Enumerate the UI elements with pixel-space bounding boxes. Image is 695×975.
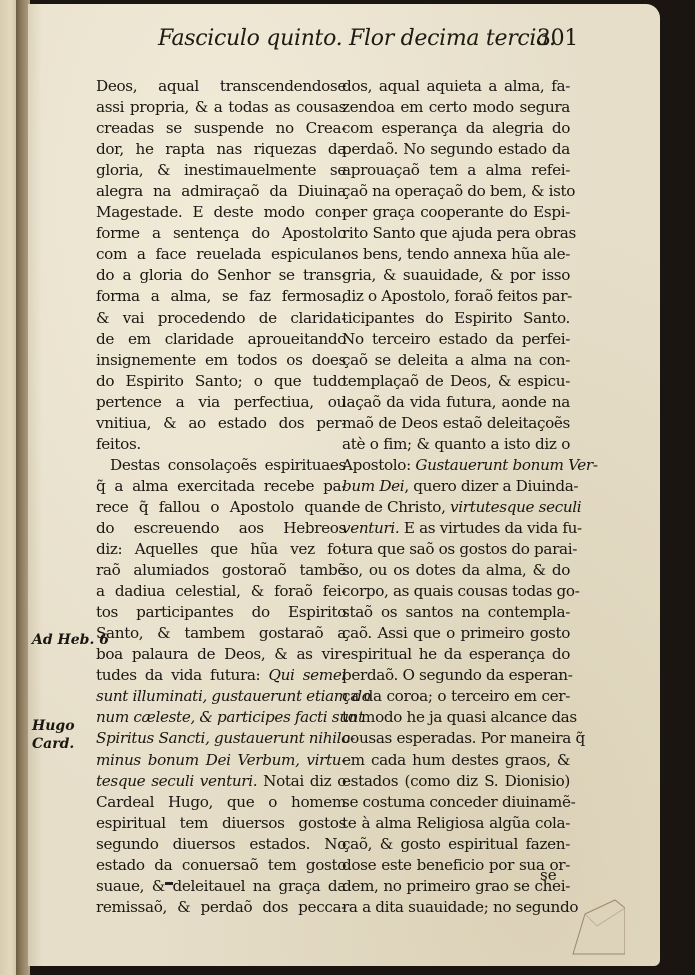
text-line: remissaõ, & perdaõ dos pecca- xyxy=(96,897,346,918)
text-line: venturi. E as virtudes da vida fu- xyxy=(342,518,570,539)
text-line: rece q̃ fallou o Apostolo quan- xyxy=(96,497,346,518)
text-line: maõ de Deos estaõ deleitaçoẽs xyxy=(342,413,570,434)
text-line: çaõ, & gosto espiritual fazen- xyxy=(342,834,570,855)
text-line: num cæleste, & participes facti sunt xyxy=(96,707,346,728)
text-line: sunt illuminati, gustauerunt etiam do xyxy=(96,686,346,707)
latin-quote: num cæleste, & participes facti sunt xyxy=(96,708,364,726)
text-span: Apostolo: xyxy=(342,456,415,474)
text-line: do Espirito Santo; o que tudo xyxy=(96,371,346,392)
text-line: forma a alma, se faz fermosa, xyxy=(96,286,346,307)
text-line: se costuma conceder diuinamẽ- xyxy=(342,792,570,813)
margin-note-hugo-card: Hugo Card. xyxy=(32,717,75,753)
text-line: raõ alumiados gostoraõ tambẽ xyxy=(96,560,346,581)
text-line: rito Santo que ajuda pera obras xyxy=(342,223,570,244)
text-line: perdaõ. O segundo da esperan- xyxy=(342,665,570,686)
text-span: tudes da vida futura: xyxy=(96,666,269,684)
text-line: çaõ na operaçaõ do bem, & isto xyxy=(342,181,570,202)
text-line: pertence a via perfectiua, ou xyxy=(96,392,346,413)
text-line: Apostolo: Gustauerunt bonum Ver- xyxy=(342,455,570,476)
text-line: zendoa em certo modo segura xyxy=(342,97,570,118)
text-line: Santo, & tambem gostaraõ a xyxy=(96,623,346,644)
text-line: Cardeal Hugo, que o homem xyxy=(96,792,346,813)
margin-note-text: Ad Heb. 6 xyxy=(32,632,109,648)
latin-quote: virtutesque seculi xyxy=(450,498,581,516)
text-span: de de Christo, xyxy=(342,498,450,516)
text-line: assi propria, & a todas as cousas xyxy=(96,97,346,118)
text-span: , quero dizer a Diuinda- xyxy=(404,477,578,495)
latin-quote: Spiritus Sancti, gustauerunt nihilo- xyxy=(96,729,355,747)
text-line: espiritual he da esperança do xyxy=(342,644,570,665)
text-line: estados (como diz S. Dionisio) xyxy=(342,771,570,792)
margin-note-ad-heb: Ad Heb. 6 xyxy=(32,631,109,649)
text-line: ra a dita suauidade; no segundo xyxy=(342,897,570,918)
text-line: de em claridade aproueitando xyxy=(96,329,346,350)
text-line: com a face reuelada espiculan- xyxy=(96,244,346,265)
text-line: dose este beneficio por sua or- xyxy=(342,855,570,876)
text-line: tesque seculi venturi. Notai diz o xyxy=(96,771,346,792)
text-line: corpo, as quais cousas todas go- xyxy=(342,581,570,602)
text-line: ça da coroa; o terceiro em cer- xyxy=(342,686,570,707)
text-line: per graça cooperante do Espi- xyxy=(342,202,570,223)
text-line: estado da conuersaõ tem gosto xyxy=(96,855,346,876)
latin-quote: bum Dei xyxy=(342,477,404,495)
text-line: dor, he rapta nas riquezas da xyxy=(96,139,346,160)
text-line: cousas esperadas. Por maneira q̃ xyxy=(342,728,570,749)
latin-quote: venturi. xyxy=(342,519,399,537)
text-line: boa palaura de Deos, & as vir- xyxy=(96,644,346,665)
text-line: tos participantes do Espirito xyxy=(96,602,346,623)
latin-quote: sunt illuminati, gustauerunt etiam do xyxy=(96,687,370,705)
text-line: do a gloria do Senhor se trans- xyxy=(96,265,346,286)
folio-number: 301 xyxy=(537,26,578,51)
text-line: laçaõ da vida futura, aonde na xyxy=(342,392,570,413)
catchword: se xyxy=(540,866,557,884)
latin-quote: minus bonum Dei Verbum, virtu- xyxy=(96,751,346,769)
text-line: gria, & suauidade, & por isso xyxy=(342,265,570,286)
text-line: & vai procedendo de clarida- xyxy=(96,308,346,329)
running-head: Fasciculo quinto. Flor decima tercia. 30… xyxy=(158,26,588,56)
text-line: de de Christo, virtutesque seculi xyxy=(342,497,570,518)
latin-quote: Qui semel xyxy=(269,666,347,684)
text-line: tudes da vida futura: Qui semel xyxy=(96,665,346,686)
text-line: os bens, tendo annexa hũa ale- xyxy=(342,244,570,265)
text-line: perdaõ. No segundo estado da xyxy=(342,139,570,160)
text-line: segundo diuersos estados. No xyxy=(96,834,346,855)
text-line: a dadiua celestial, & foraõ fei- xyxy=(96,581,346,602)
text-line: No terceiro estado da perfei- xyxy=(342,329,570,350)
text-line: diz o Apostolo, foraõ feitos par- xyxy=(342,286,570,307)
margin-note-line: Hugo xyxy=(32,717,75,735)
text-line: q̃ a alma exercitada recebe pa- xyxy=(96,476,346,497)
text-line: Spiritus Sancti, gustauerunt nihilo- xyxy=(96,728,346,749)
text-line: çaõ. Assi que o primeiro gosto xyxy=(342,623,570,644)
text-line: vnitiua, & ao estado dos per- xyxy=(96,413,346,434)
text-line: com esperança da alegria do xyxy=(342,118,570,139)
text-line: çaõ se deleita a alma na con- xyxy=(342,350,570,371)
text-line: te à alma Religiosa algũa cola- xyxy=(342,813,570,834)
text-line: ticipantes do Espirito Santo. xyxy=(342,308,570,329)
text-line: alegra na admiraçaõ da Diuina xyxy=(96,181,346,202)
latin-quote: tesque seculi venturi. xyxy=(96,772,257,790)
latin-quote: Gustauerunt bonum Ver- xyxy=(415,456,597,474)
text-line: bum Dei, quero dizer a Diuinda- xyxy=(342,476,570,497)
text-span: E as virtudes da vida fu- xyxy=(399,519,581,537)
text-line: suaue, & deleitauel na graça da xyxy=(96,876,346,897)
text-line: diz: Aquelles que hũa vez fo- xyxy=(96,539,346,560)
text-line: templaçaõ de Deos, & espicu- xyxy=(342,371,570,392)
text-line: atè o fim; & quanto a isto diz o xyxy=(342,434,570,455)
text-line: gloria, & inestimauelmente se xyxy=(96,160,346,181)
text-line: feitos. xyxy=(96,434,346,455)
text-line: to modo he ja quasi alcance das xyxy=(342,707,570,728)
text-line: minus bonum Dei Verbum, virtu- xyxy=(96,750,346,771)
text-line: do escreuendo aos Hebreos xyxy=(96,518,346,539)
text-line: tura que saõ os gostos do parai- xyxy=(342,539,570,560)
running-head-title: Fasciculo quinto. Flor decima tercia. xyxy=(158,26,556,51)
text-line: creadas se suspende no Crea- xyxy=(96,118,346,139)
text-span: Notai diz o xyxy=(257,772,346,790)
text-line: forme a sentença do Apostolo xyxy=(96,223,346,244)
text-line: espiritual tem diuersos gostos xyxy=(96,813,346,834)
text-line: insignemente em todos os does xyxy=(96,350,346,371)
text-line: dem, no primeiro grao se chei- xyxy=(342,876,570,897)
text-line: Magestade. E deste modo con- xyxy=(96,202,346,223)
text-line: Destas consolaçoẽs espirituaes xyxy=(96,455,346,476)
text-line: staõ os santos na contempla- xyxy=(342,602,570,623)
text-line: dos, aqual aquieta a alma, fa- xyxy=(342,76,570,97)
text-line: so, ou os dotes da alma, & do xyxy=(342,560,570,581)
margin-note-line: Card. xyxy=(32,735,75,753)
left-text-column: Deos, aqual transcendendoseassi propria,… xyxy=(96,76,346,918)
right-text-column: dos, aqual aquieta a alma, fa-zendoa em … xyxy=(342,76,570,918)
text-line: Deos, aqual transcendendose xyxy=(96,76,346,97)
text-line: aprouaçaõ tem a alma refei- xyxy=(342,160,570,181)
text-line: em cada hum destes graos, & xyxy=(342,750,570,771)
signature-mark xyxy=(165,882,173,885)
